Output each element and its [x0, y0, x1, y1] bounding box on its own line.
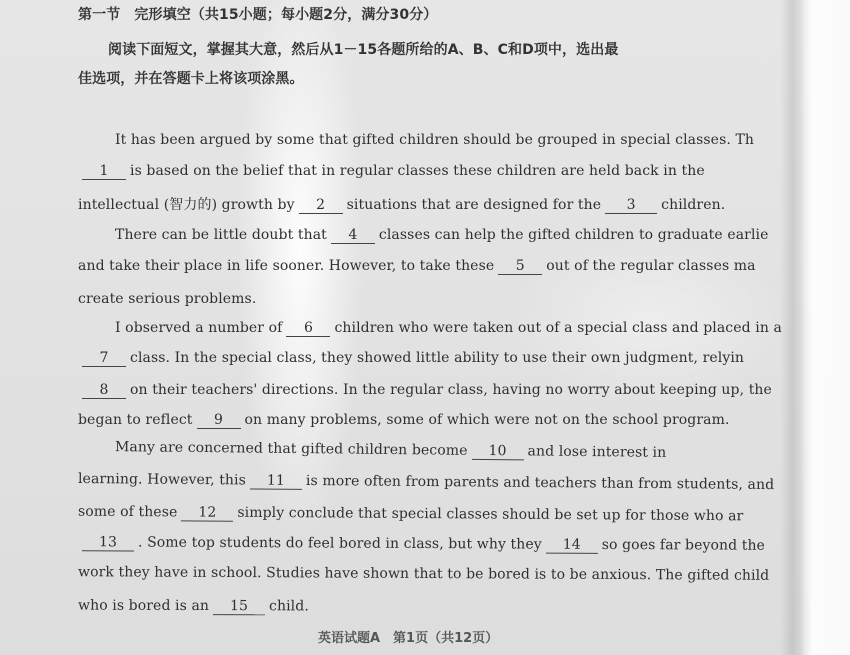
passage-line: who is bored is an15child. — [78, 598, 309, 616]
cloze-blank-8: 8 — [82, 382, 126, 399]
passage-line: intellectual (智力的) growth by2situations … — [78, 194, 725, 214]
passage-text: on many problems, some of which were not… — [245, 412, 730, 428]
passage-text: learning. However, this — [78, 471, 246, 488]
cloze-blank-2: 2 — [299, 197, 343, 214]
passage-text: who is bored is an — [78, 598, 209, 614]
passage-text: Many are concerned that gifted children … — [115, 439, 468, 459]
cloze-blank-4: 4 — [331, 227, 375, 244]
passage-text: and take their place in life sooner. How… — [78, 258, 494, 274]
passage-line: 1is based on the belief that in regular … — [78, 163, 705, 180]
passage-text: There can be little doubt that — [115, 227, 327, 243]
cloze-blank-10: 10 — [471, 443, 523, 461]
passage-text: situations that are designed for the — [347, 197, 602, 213]
passage-line: and take their place in life sooner. How… — [78, 258, 756, 275]
instructions-line-2: 佳选项，并在答题卡上将该项涂黑。 — [78, 68, 304, 88]
passage-text: and lose interest in — [527, 443, 666, 460]
cloze-blank-11: 11 — [250, 472, 302, 489]
passage-text: some of these — [78, 504, 177, 521]
passage-line: It has been argued by some that gifted c… — [115, 132, 754, 148]
passage-text: classes can help the gifted children to … — [379, 227, 769, 243]
passage-text: children who were taken out of a special… — [334, 320, 781, 336]
passage-text: began to reflect — [78, 412, 193, 428]
passage-line: There can be little doubt that4classes c… — [115, 227, 769, 244]
passage-line: create serious problems. — [78, 291, 256, 307]
instructions-line-1: 阅读下面短文，掌握其大意，然后从1－15各题所给的A、B、C和D项中，选出最 — [108, 39, 618, 59]
passage-text: I observed a number of — [115, 320, 282, 336]
paper-fold-shadow — [780, 0, 805, 655]
passage-text: is based on the belief that in regular c… — [130, 163, 705, 179]
cloze-blank-12: 12 — [181, 504, 233, 521]
cloze-blank-6: 6 — [286, 320, 330, 337]
passage-line: began to reflect9on many problems, some … — [78, 412, 730, 429]
cloze-blank-15: 15 — [213, 598, 265, 615]
passage-text: intellectual (智力的) growth by — [78, 197, 295, 213]
passage-line: 7class. In the special class, they showe… — [78, 350, 744, 367]
cloze-blank-5: 5 — [498, 258, 542, 275]
passage-text: class. In the special class, they showed… — [130, 350, 744, 366]
passage-text: simply conclude that special classes sho… — [237, 505, 743, 525]
passage-line: 13. Some top students do feel bored in c… — [78, 534, 765, 555]
section-title: 第一节 完形填空（共15小题；每小题2分，满分30分） — [78, 4, 437, 24]
cloze-blank-9: 9 — [197, 412, 241, 429]
passage-text: create serious problems. — [78, 291, 256, 307]
passage-text: . Some top students do feel bored in cla… — [138, 535, 542, 553]
page-footer: 英语试题A 第1页（共12页） — [318, 627, 498, 646]
cloze-blank-14: 14 — [546, 537, 598, 554]
passage-text: so goes far beyond the — [602, 537, 765, 554]
cloze-blank-7: 7 — [82, 350, 126, 367]
passage-text: children. — [661, 197, 725, 213]
passage-text: out of the regular classes ma — [546, 258, 755, 274]
cloze-blank-3: 3 — [605, 197, 657, 214]
passage-text: on their teachers' directions. In the re… — [130, 382, 772, 398]
passage-line: 8on their teachers' directions. In the r… — [78, 382, 772, 399]
passage-text: child. — [269, 598, 309, 614]
passage-line: I observed a number of6children who were… — [115, 320, 782, 337]
cloze-blank-1: 1 — [82, 163, 126, 180]
cloze-blank-13: 13 — [82, 534, 134, 551]
passage-text: It has been argued by some that gifted c… — [115, 132, 754, 148]
passage-text: is more often from parents and teachers … — [306, 473, 774, 493]
